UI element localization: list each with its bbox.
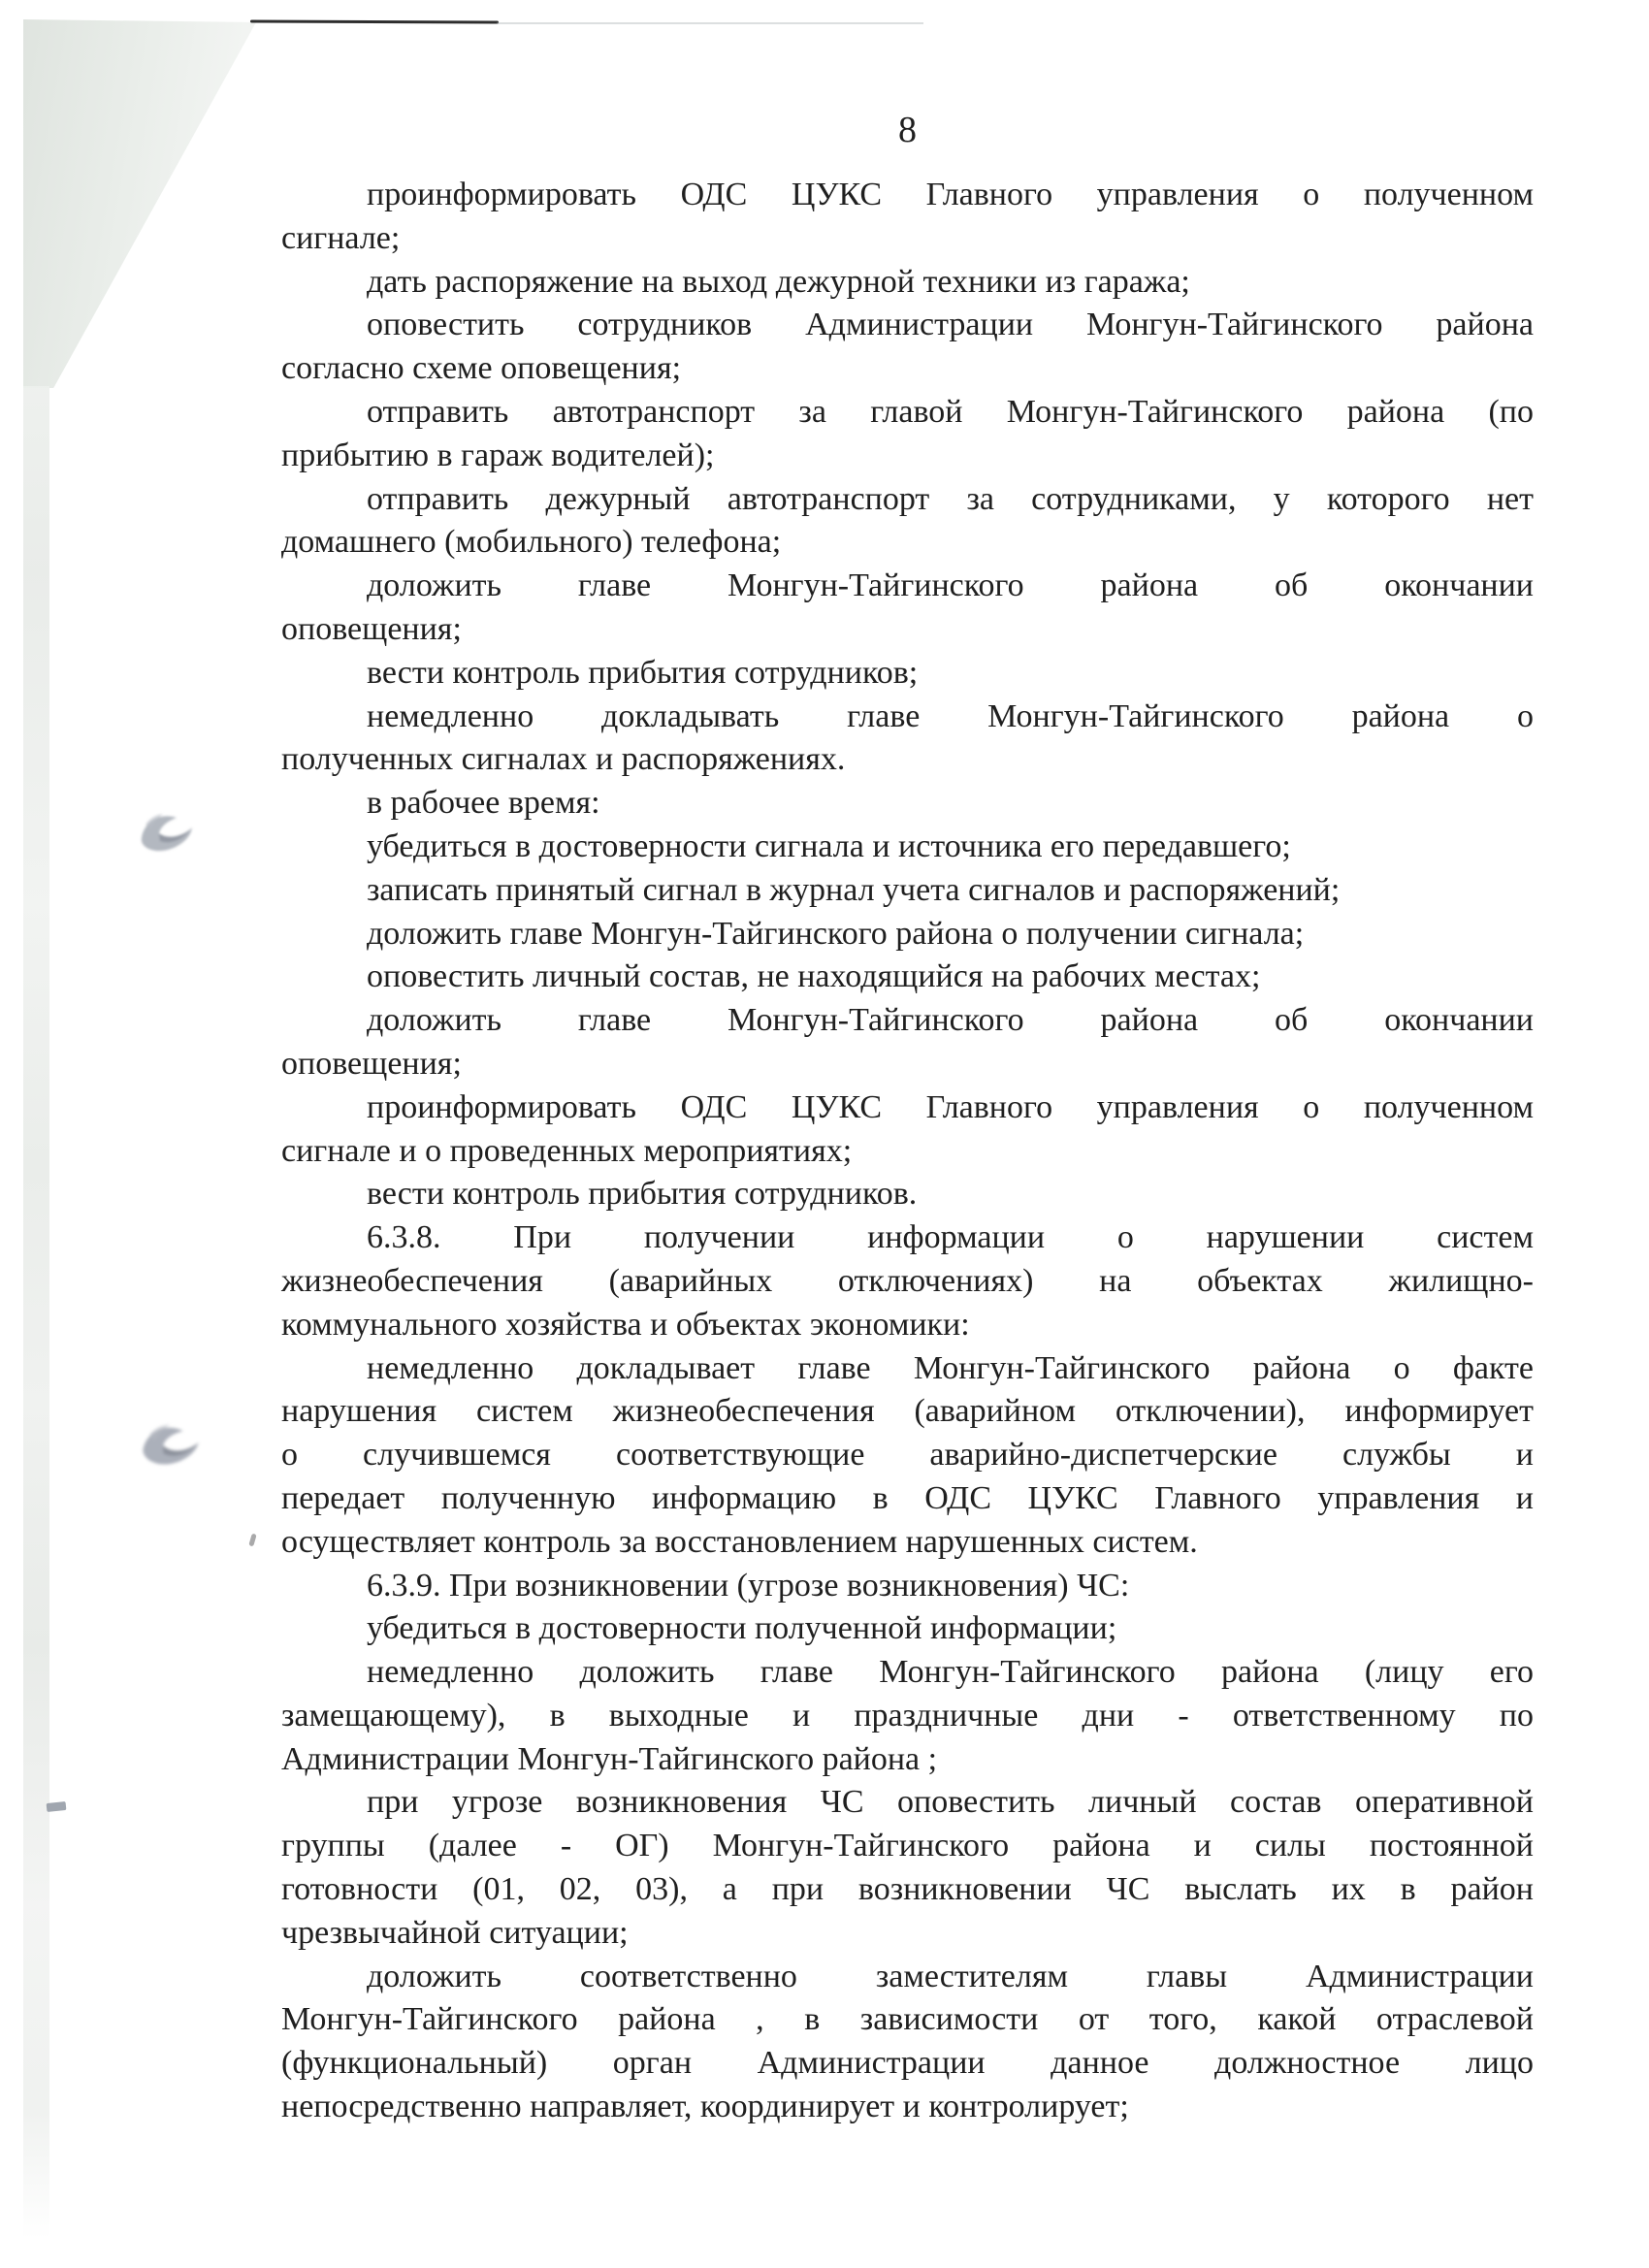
text-line: замещающему), в выходные и праздничные д…	[281, 1695, 1534, 1738]
text-line: проинформировать ОДС ЦУКС Главного управ…	[281, 1086, 1534, 1130]
paragraph: вести контроль прибытия сотрудников;	[281, 652, 1534, 696]
text-line: записать принятый сигнал в журнал учета …	[281, 869, 1534, 913]
text-line: готовности (01, 02, 03), а при возникнов…	[281, 1868, 1534, 1912]
paragraph: 6.3.9. При возникновении (угрозе возникн…	[281, 1565, 1534, 1608]
text-line: (функциональный) орган Администрации дан…	[281, 2042, 1534, 2086]
text-line: нарушения систем жизнеобеспечения (авари…	[281, 1390, 1534, 1434]
paragraph: проинформировать ОДС ЦУКС Главного управ…	[281, 1086, 1534, 1174]
text-line: отправить дежурный автотранспорт за сотр…	[281, 478, 1534, 522]
text-line: проинформировать ОДС ЦУКС Главного управ…	[281, 174, 1534, 217]
paragraph: доложить соответственно заместителям гла…	[281, 1956, 1534, 2129]
text-line: в рабочее время:	[281, 782, 1534, 826]
text-line: согласно схеме оповещения;	[281, 347, 1534, 391]
text-line: доложить главе Монгун-Тайгинского района…	[281, 999, 1534, 1043]
text-line: осуществляет контроль за восстановлением…	[281, 1521, 1534, 1565]
paragraph: дать распоряжение на выход дежурной техн…	[281, 261, 1534, 305]
paragraph: доложить главе Монгун-Тайгинского района…	[281, 913, 1534, 956]
text-line: Монгун-Тайгинского района , в зависимост…	[281, 1998, 1534, 2042]
text-line: чрезвычайной ситуации;	[281, 1912, 1534, 1956]
paragraph: вести контроль прибытия сотрудников.	[281, 1173, 1534, 1216]
text-line: отправить автотранспорт за главой Монгун…	[281, 391, 1534, 435]
text-line: сигнале;	[281, 217, 1534, 261]
paragraph: убедиться в достоверности сигнала и исто…	[281, 826, 1534, 869]
smudge-mark	[136, 1418, 208, 1476]
paragraph: проинформировать ОДС ЦУКС Главного управ…	[281, 174, 1534, 261]
text-line: при угрозе возникновения ЧС оповестить л…	[281, 1781, 1534, 1825]
text-line: передает полученную информацию в ОДС ЦУК…	[281, 1477, 1534, 1521]
paragraph: немедленно докладывать главе Монгун-Тайг…	[281, 696, 1534, 783]
text-line: немедленно докладывать главе Монгун-Тайг…	[281, 696, 1534, 739]
text-line: доложить соответственно заместителям гла…	[281, 1956, 1534, 1999]
paragraph: отправить дежурный автотранспорт за сотр…	[281, 478, 1534, 566]
text-line: оповещения;	[281, 608, 1534, 652]
smudge-mark	[134, 807, 202, 861]
text-line: доложить главе Монгун-Тайгинского района…	[281, 565, 1534, 608]
text-line: немедленно доложить главе Монгун-Тайгинс…	[281, 1651, 1534, 1695]
paragraph: 6.3.8. При получении информации о наруше…	[281, 1216, 1534, 1346]
text-line: вести контроль прибытия сотрудников.	[281, 1173, 1534, 1216]
text-line: немедленно докладывает главе Монгун-Тайг…	[281, 1347, 1534, 1391]
text-line: убедиться в достоверности полученной инф…	[281, 1607, 1534, 1651]
fold-edge-line	[250, 19, 499, 23]
dash-mark	[47, 1801, 67, 1812]
text-line: непосредственно направляет, координирует…	[281, 2086, 1534, 2129]
page-number: 8	[281, 109, 1534, 151]
left-edge-shade	[23, 386, 49, 2239]
fold-edge-line-faint	[497, 22, 923, 24]
speck-mark	[248, 1534, 256, 1547]
paragraph: записать принятый сигнал в журнал учета …	[281, 869, 1534, 913]
text-line: вести контроль прибытия сотрудников;	[281, 652, 1534, 696]
text-line: жизнеобеспечения (аварийных отключениях)…	[281, 1260, 1534, 1304]
text-line: о случившемся соответствующие аварийно-д…	[281, 1434, 1534, 1477]
paragraph: оповестить личный состав, не находящийся…	[281, 956, 1534, 999]
text-line: сигнале и о проведенных мероприятиях;	[281, 1130, 1534, 1174]
paragraph: в рабочее время:	[281, 782, 1534, 826]
paragraph: оповестить сотрудников Администрации Мон…	[281, 304, 1534, 391]
text-line: 6.3.8. При получении информации о наруше…	[281, 1216, 1534, 1260]
text-line: оповестить сотрудников Администрации Мон…	[281, 304, 1534, 347]
text-line: коммунального хозяйства и объектах эконо…	[281, 1304, 1534, 1347]
text-line: оповещения;	[281, 1043, 1534, 1086]
scanned-page: 8 проинформировать ОДС ЦУКС Главного упр…	[0, 0, 1649, 2268]
paragraph: доложить главе Монгун-Тайгинского района…	[281, 565, 1534, 652]
page-fold-shadow	[23, 19, 256, 388]
paragraph: немедленно докладывает главе Монгун-Тайг…	[281, 1347, 1534, 1565]
text-line: полученных сигналах и распоряжениях.	[281, 738, 1534, 782]
paragraph: немедленно доложить главе Монгун-Тайгинс…	[281, 1651, 1534, 1781]
paragraph: доложить главе Монгун-Тайгинского района…	[281, 999, 1534, 1086]
text-line: прибытию в гараж водителей);	[281, 435, 1534, 478]
text-line: дать распоряжение на выход дежурной техн…	[281, 261, 1534, 305]
text-line: убедиться в достоверности сигнала и исто…	[281, 826, 1534, 869]
paragraph: убедиться в достоверности полученной инф…	[281, 1607, 1534, 1651]
text-line: Администрации Монгун-Тайгинского района …	[281, 1738, 1534, 1782]
paragraph: при угрозе возникновения ЧС оповестить л…	[281, 1781, 1534, 1955]
text-line: доложить главе Монгун-Тайгинского района…	[281, 913, 1534, 956]
text-line: домашнего (мобильного) телефона;	[281, 521, 1534, 565]
document-body: проинформировать ОДС ЦУКС Главного управ…	[281, 174, 1534, 2129]
paragraph: отправить автотранспорт за главой Монгун…	[281, 391, 1534, 478]
text-line: 6.3.9. При возникновении (угрозе возникн…	[281, 1565, 1534, 1608]
text-line: группы (далее - ОГ) Монгун-Тайгинского р…	[281, 1825, 1534, 1868]
text-line: оповестить личный состав, не находящийся…	[281, 956, 1534, 999]
